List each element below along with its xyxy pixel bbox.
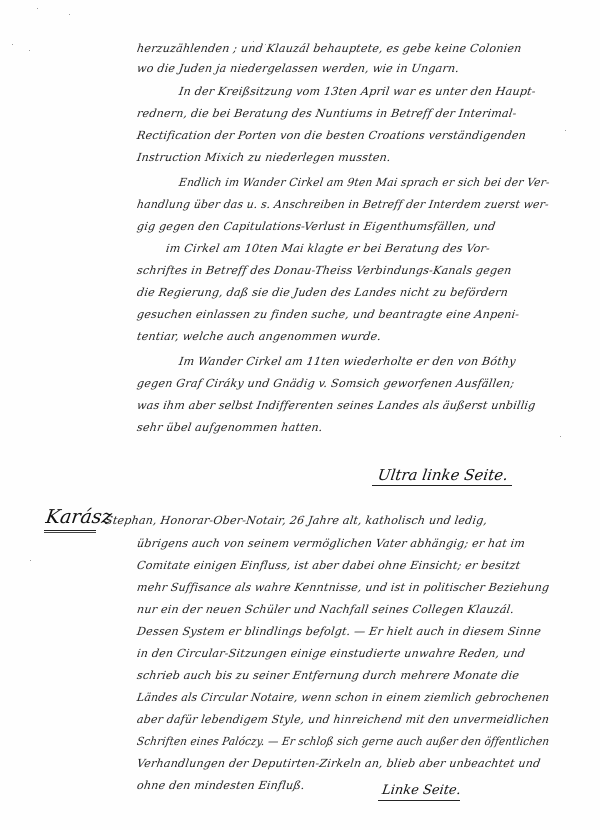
text-line: Schriften eines Palóczy. — Er schloß sic…: [136, 735, 550, 749]
text-line: Instruction Mixich zu niederlegen musste…: [136, 151, 392, 165]
text-line: Im Wander Cirkel am 11ten wiederholte er…: [178, 355, 517, 369]
text-line: In der Kreißsitzung vom 13ten April war …: [178, 85, 537, 99]
text-line: im Cirkel am 10ten Mai klagte er bei Ber…: [165, 242, 491, 256]
scan-speck: [30, 560, 31, 561]
scan-speck: [565, 130, 566, 131]
text-line: schriftes in Betreff des Donau-Theiss Ve…: [136, 264, 512, 278]
text-line: gesuchen einlassen zu finden suche, und …: [136, 308, 520, 322]
text-line: nur ein der neuen Schüler und Nachfall s…: [136, 603, 515, 617]
text-line: gig gegen den Capitulations-Verlust in E…: [136, 220, 496, 234]
text-line: Stephan, Honorar-Ober-Notair, 26 Jahre a…: [104, 514, 488, 528]
text-line: rednern, die bei Beratung des Nuntiums i…: [136, 107, 517, 121]
margin-name-underline: [44, 532, 96, 533]
text-line: was ihm aber selbst Indifferenten seines…: [136, 399, 536, 413]
signature-underline: [372, 485, 512, 486]
signature-underline: [378, 800, 460, 801]
scan-speck: [37, 8, 38, 9]
text-line: tentiar, welche auch angenommen wurde.: [136, 330, 382, 344]
text-line: gegen Graf Ciráky und Gnädig v. Somsich …: [136, 377, 515, 391]
text-line: die Regierung, daß sie die Juden des Lan…: [136, 286, 509, 300]
scan-speck: [69, 14, 70, 15]
text-line: Rectification der Porten von die besten …: [136, 129, 527, 143]
scan-speck: [29, 50, 30, 51]
text-line: in den Circular-Sitzungen einige einstud…: [136, 647, 526, 661]
scanned-manuscript-page: herzuzählenden ; und Klauzál behauptete,…: [0, 0, 600, 830]
text-line: Ländes als Circular Notaire, wenn schon …: [136, 691, 550, 705]
scan-speck: [560, 436, 561, 437]
text-line: übrigens auch von seinem vermöglichen Va…: [136, 537, 526, 551]
text-line: mehr Suffisance als wahre Kenntnisse, un…: [136, 581, 550, 595]
section-signature: Ultra linke Seite.: [377, 466, 509, 484]
margin-name-underline: [44, 530, 96, 531]
text-line: sehr übel aufgenommen hatten.: [136, 421, 323, 435]
margin-name: Karász: [44, 506, 113, 528]
text-line: Verhandlungen der Deputirten-Zirkeln an,…: [136, 757, 541, 771]
section-signature: Linke Seite.: [381, 782, 462, 800]
scan-speck: [12, 44, 13, 45]
text-line: aber dafür lebendigem Style, und hinreic…: [136, 713, 550, 727]
text-line: handlung über das u. s. Anschreiben in B…: [136, 198, 550, 212]
text-line: herzuzählenden ; und Klauzál behauptete,…: [136, 42, 522, 56]
text-line: Endlich im Wander Cirkel am 9ten Mai spr…: [178, 176, 551, 190]
text-line: wo die Juden ja niedergelassen werden, w…: [136, 62, 460, 76]
text-line: schrieb auch bis zu seiner Entfernung du…: [136, 669, 520, 683]
text-line: Comitate einigen Einfluss, ist aber dabe…: [136, 559, 521, 573]
text-line: Dessen System er blindlings befolgt. — E…: [136, 625, 542, 639]
text-line: ohne den mindesten Einfluß.: [136, 779, 306, 793]
